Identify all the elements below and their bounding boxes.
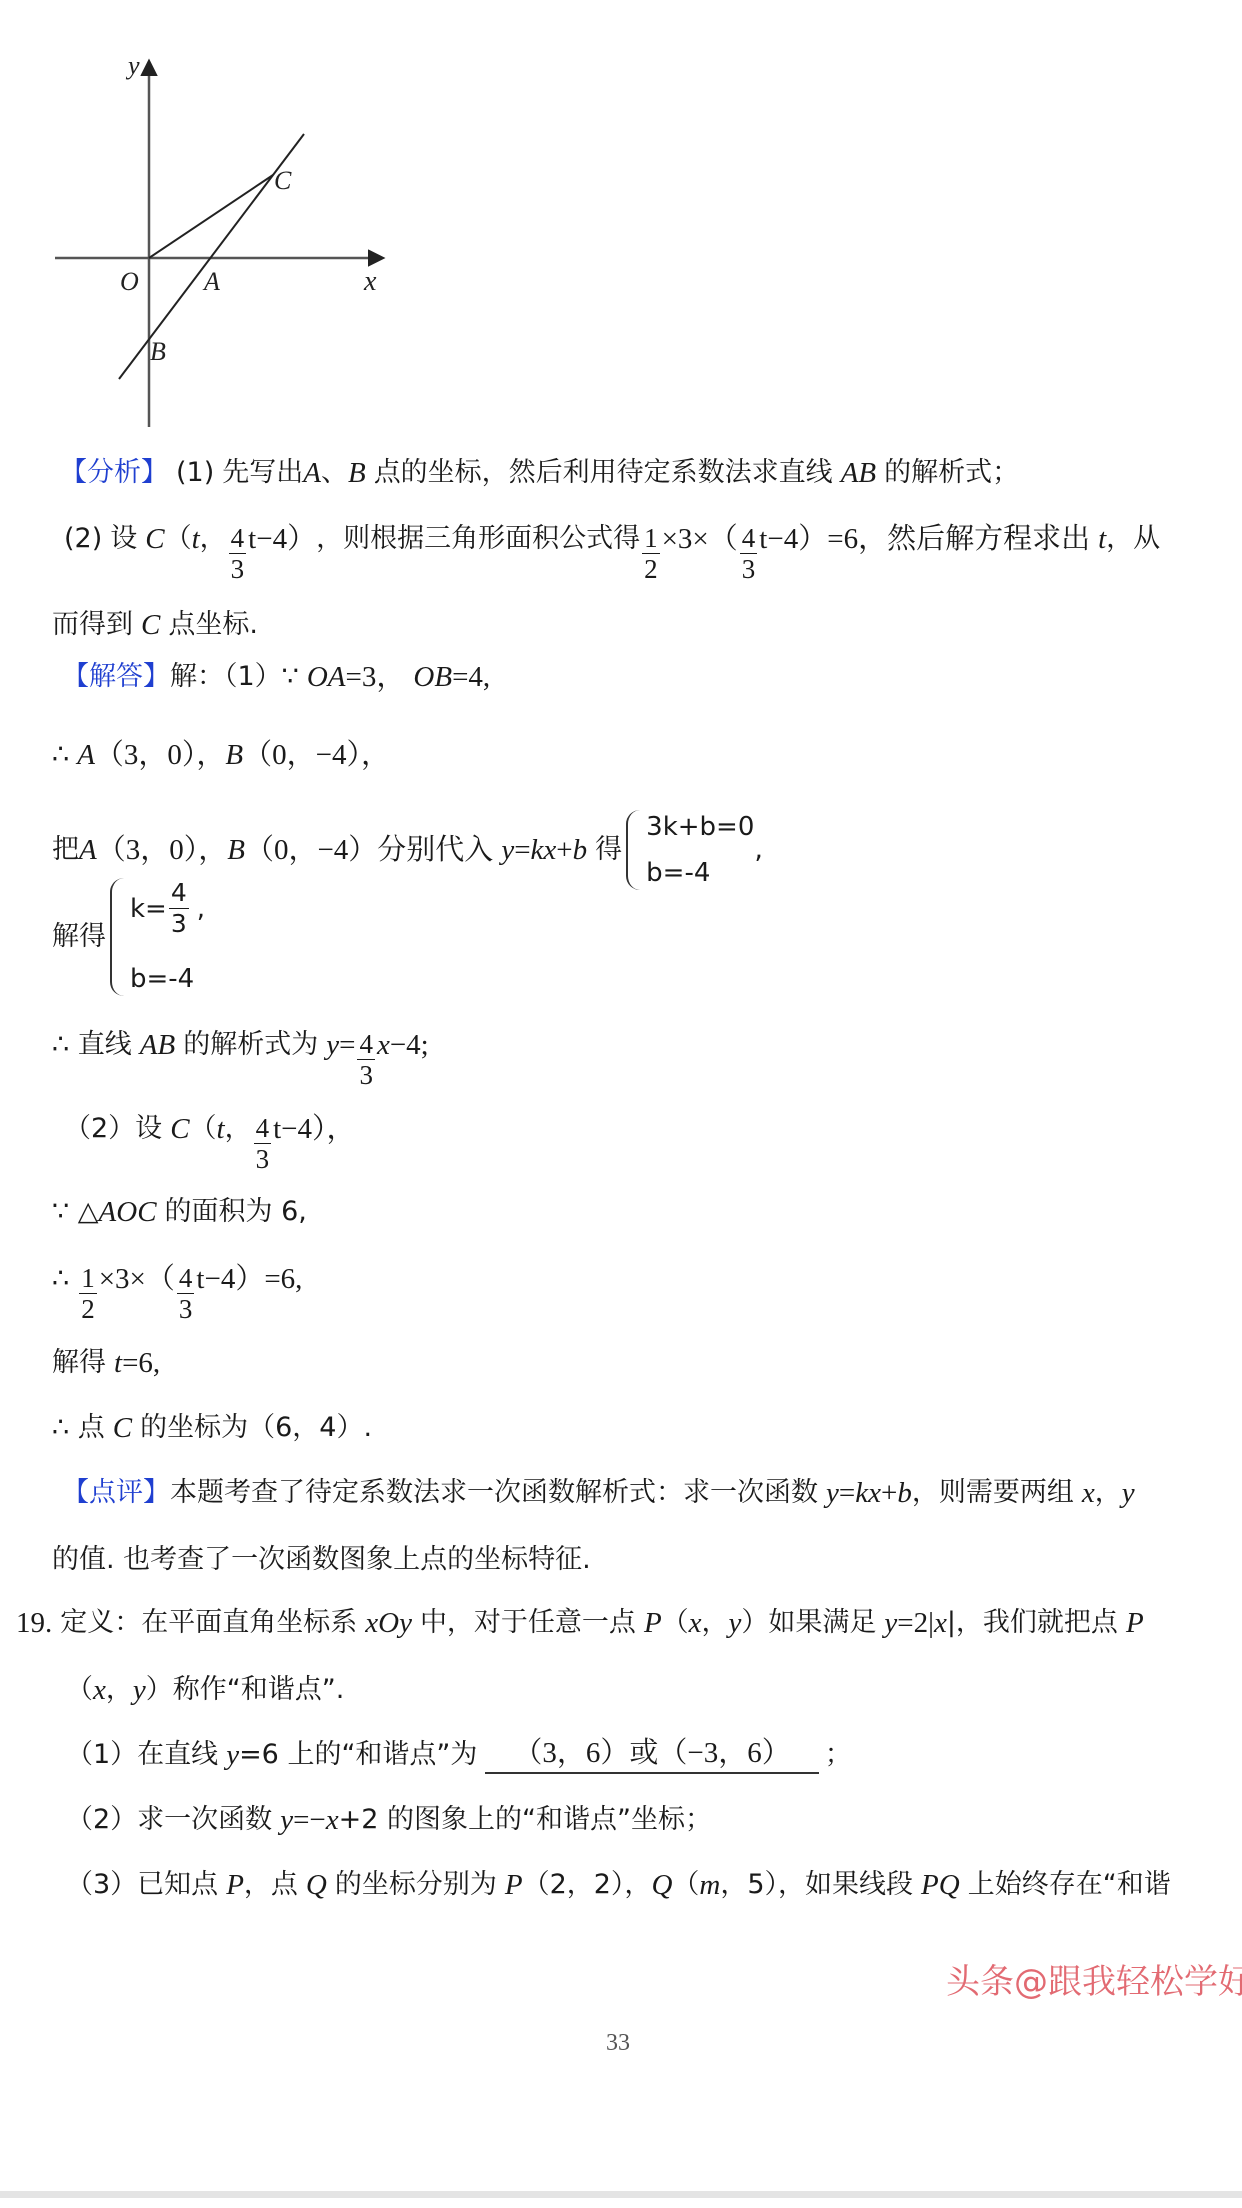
analysis-tag: 【分析】 — [60, 456, 168, 490]
brace-icon — [110, 878, 126, 996]
solution-line-5: ∴ 直线 AB 的解析式为 y = 43 x −4; — [52, 1028, 429, 1062]
analysis-line-2: (2) 设 C （ t ， 43 t−4） ，则根据三角形面积公式得 12 ×3… — [64, 522, 1160, 556]
fraction: 43 — [740, 523, 758, 584]
solution-line-8: ∴ 12 ×3×（ 43 t−4）=6, — [52, 1262, 302, 1296]
solution-line-6: （2）设 C （ t ， 43 t−4）， — [64, 1112, 356, 1146]
solution-line-4: 解得 k=43, b=-4 — [52, 878, 205, 996]
x-axis-label: x — [363, 266, 377, 297]
solution-line-10: ∴ 点 C 的坐标为（6，4）. — [52, 1411, 372, 1445]
answer-blank: （3，6）或（−3，6） — [485, 1736, 818, 1774]
solution-line-9: 解得 t =6, — [52, 1346, 160, 1380]
question-19-part-3: （3）已知点 P ，点 Q 的坐标分别为 P （2，2）， Q （ m ，5），… — [66, 1868, 1171, 1902]
point-o-label: O — [120, 267, 139, 296]
comment-tag: 【点评】 — [62, 1476, 170, 1510]
watermark: 头条@跟我轻松学好数学 — [946, 1954, 1242, 2003]
page-number: 33 — [606, 2030, 630, 2057]
question-19-line-1: 19. 定义：在平面直角坐标系 xOy 中，对于任意一点 P （ x ， y ）… — [16, 1606, 1144, 1640]
page-separator — [0, 2191, 1242, 2198]
analysis-line-1: 【分析】 (1) 先写出 A 、 B 点的坐标，然后利用待定系数法求直线 AB … — [60, 456, 1019, 490]
comment-line-1: 【点评】 本题考查了待定系数法求一次函数解析式：求一次函数 y = kx + b… — [62, 1476, 1135, 1510]
solution-line-2: ∴ A （3，0）， B （0，−4）， — [52, 738, 390, 772]
point-c-label: C — [274, 166, 292, 195]
fraction: 43 — [357, 1029, 375, 1090]
question-19-line-2: （ x ， y ）称作“和谐点”. — [66, 1673, 344, 1707]
fraction: 12 — [642, 523, 660, 584]
question-number: 19. — [16, 1606, 52, 1640]
solution-system: k=43, b=-4 — [110, 878, 205, 996]
y-axis-label: y — [125, 51, 140, 80]
solution-line-7: ∵ △ AOC 的面积为 6, — [52, 1195, 307, 1229]
segment-oc — [149, 175, 273, 258]
question-19-part-1: （1）在直线 y =6 上的“和谐点”为 （3，6）或（−3，6） ； — [66, 1738, 852, 1772]
fraction: 12 — [79, 1263, 97, 1324]
point-a-label: A — [202, 267, 220, 296]
equation-system: 3k+b=0b=-4 — [626, 810, 754, 890]
comment-line-2: 的值. 也考查了一次函数图象上点的坐标特征. — [52, 1543, 591, 1577]
solution-tag: 【解答】 — [62, 660, 170, 694]
analysis-line-3: 而得到 C 点坐标. — [52, 608, 258, 642]
fraction: 43 — [229, 523, 247, 584]
brace-icon — [626, 810, 642, 890]
fraction: 43 — [254, 1113, 272, 1174]
question-19-part-2: （2）求一次函数 y =− x +2 的图象上的“和谐点”坐标； — [66, 1803, 712, 1837]
point-b-label: B — [150, 337, 166, 366]
solution-line-1: 【解答】 解：（1）∵ OA =3， OB =4, — [62, 660, 490, 694]
coordinate-diagram: y x O A B C — [0, 0, 420, 440]
fraction: 43 — [177, 1263, 195, 1324]
